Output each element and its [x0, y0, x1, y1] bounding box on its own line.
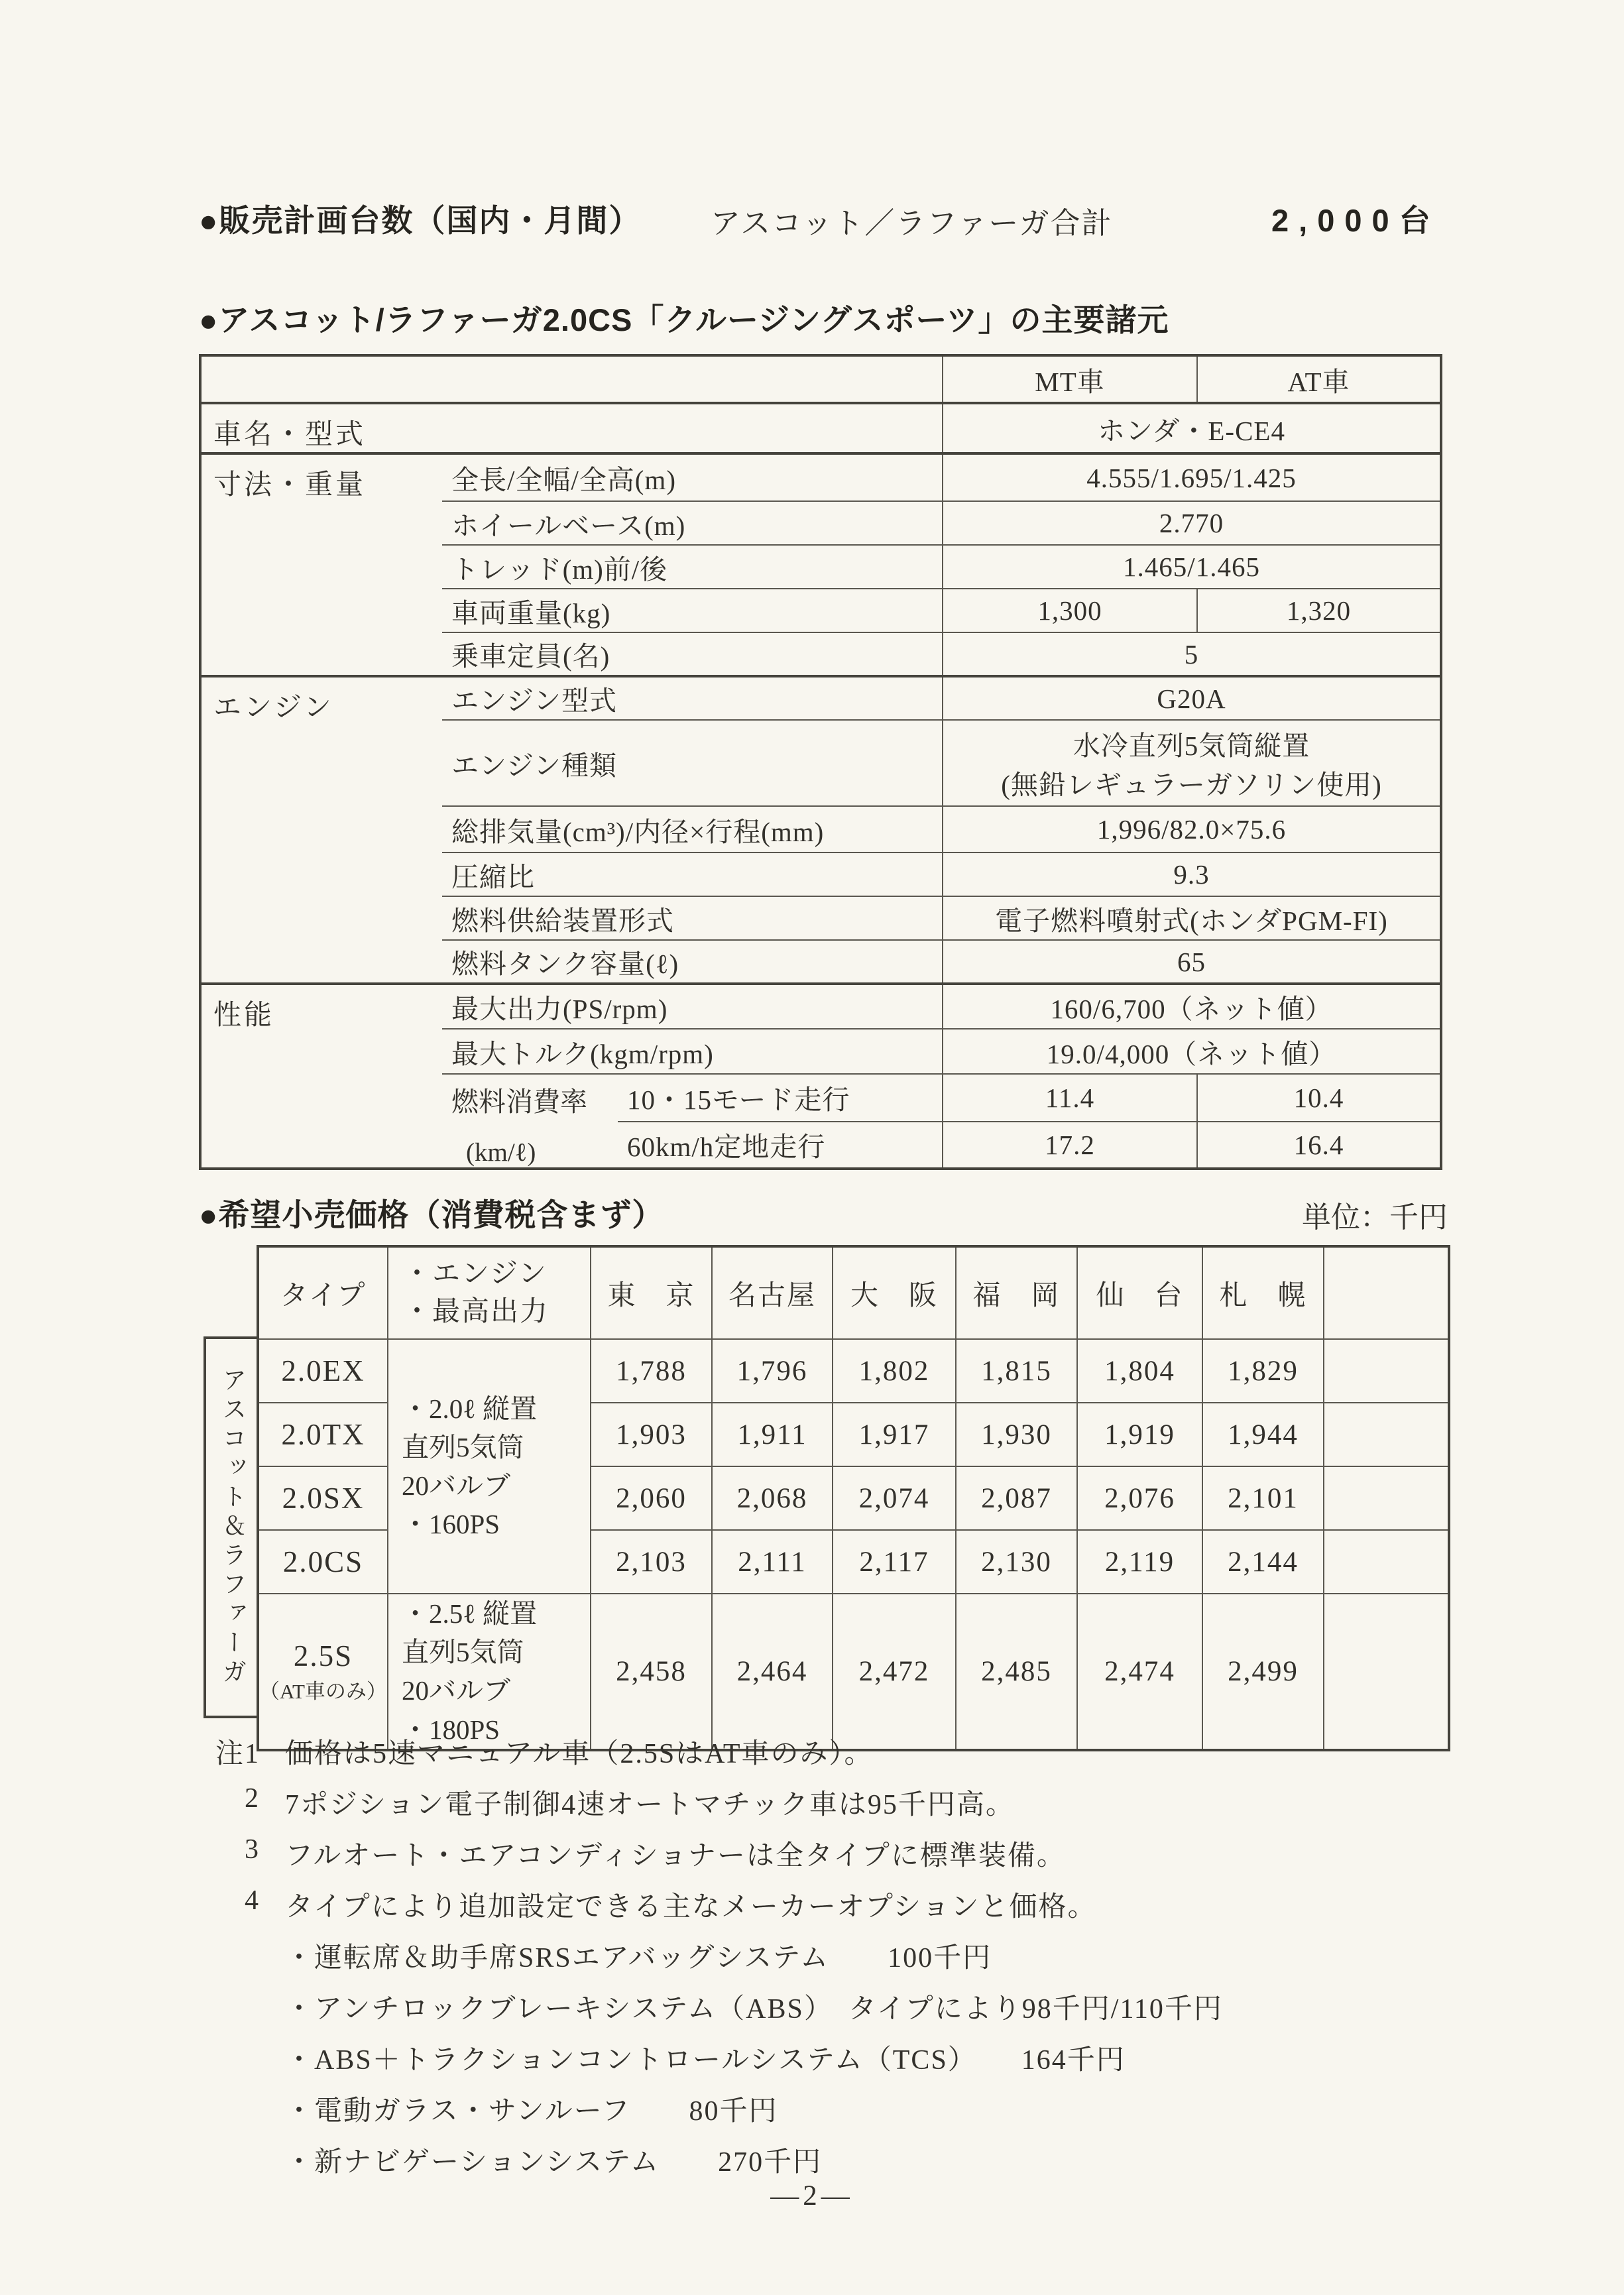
price-20cs-sapporo: 2,144: [1202, 1530, 1324, 1594]
price-row-25s: 2.5S （AT車のみ） ・2.5ℓ 縦置 直列5気筒 20バルブ ・180PS…: [258, 1594, 1449, 1750]
spec-header-empty-cell: [200, 355, 943, 403]
price-20tx-sapporo: 1,944: [1202, 1403, 1324, 1466]
price-20ex-fukuoka: 1,815: [956, 1339, 1077, 1403]
spec-group-engine: エンジン: [200, 676, 442, 984]
spec-label-fuel-const: 60km/h定地走行: [618, 1122, 943, 1169]
price-20sx-nagoya: 2,068: [712, 1466, 833, 1530]
price-20ex-sendai: 1,804: [1077, 1339, 1202, 1403]
spec-label-engine-model: エンジン型式: [442, 676, 943, 720]
spec-value-fuel-const-at: 16.4: [1197, 1122, 1441, 1169]
option-abs-tcs: ・ABS＋トラクションコントロールシステム（TCS） 164千円: [199, 2038, 1458, 2089]
spec-value-engine-model: G20A: [943, 676, 1441, 720]
price-20tx-osaka: 1,917: [833, 1403, 956, 1466]
price-group-box: アスコット＆ラファーガ: [203, 1336, 257, 1718]
spec-label-capacity: 乗車定員(名): [442, 632, 943, 676]
price-type-20sx: 2.0SX: [258, 1466, 388, 1530]
spec-row-name: 車名・型式 ホンダ・E-CE4: [200, 403, 1441, 453]
spec-value-tread: 1.465/1.465: [943, 545, 1441, 589]
spec-value-max-power: 160/6,700（ネット値）: [943, 984, 1441, 1029]
price-type-20tx: 2.0TX: [258, 1403, 388, 1466]
scanned-press-release-page: { "sales_line": { "heading": "●販売計画台数", …: [0, 0, 1624, 2295]
price-20tx-sendai: 1,919: [1077, 1403, 1202, 1466]
spec-label-wheelbase: ホイールベース(m): [442, 501, 943, 545]
spec-row-length: 寸法・重量 全長/全幅/全高(m) 4.555/1.695/1.425: [200, 453, 1441, 501]
spec-value-compression: 9.3: [943, 853, 1441, 896]
price-title-label: ●希望小売価格: [199, 1197, 409, 1232]
spec-value-fuel-tank: 65: [943, 940, 1441, 984]
price-20cs-empty: [1324, 1530, 1449, 1594]
spec-value-weight-at: 1,320: [1197, 589, 1441, 632]
spec-row-max-power: 性能 最大出力(PS/rpm) 160/6,700（ネット値）: [200, 984, 1441, 1029]
price-20sx-osaka: 2,074: [833, 1466, 956, 1530]
spec-label-fuel-economy: 燃料消費率 (km/ℓ): [442, 1074, 618, 1169]
note-3-text: フルオート・エアコンディショナーは全タイプに標準装備。: [285, 1834, 1066, 1873]
price-engine-20: ・2.0ℓ 縦置 直列5気筒 20バルブ ・160PS: [388, 1339, 591, 1594]
spec-value-wheelbase: 2.770: [943, 501, 1441, 545]
spec-label-displacement: 総排気量(cm³)/内径×行程(mm): [442, 806, 943, 853]
spec-section-title: ●アスコット/ラファーガ2.0CS「クルージングスポーツ」の主要諸元: [199, 296, 1169, 340]
note-1-text: 価格は5速マニュアル車（2.5SはAT車のみ）。: [285, 1732, 874, 1771]
price-20cs-nagoya: 2,111: [712, 1530, 833, 1594]
price-20cs-fukuoka: 2,130: [956, 1530, 1077, 1594]
price-25s-fukuoka: 2,485: [956, 1594, 1077, 1750]
spec-label-fuel-mode: 10・15モード走行: [618, 1074, 943, 1122]
price-group-label: アスコット＆ラファーガ: [213, 1367, 249, 1688]
spec-value-max-torque: 19.0/4,000（ネット値）: [943, 1029, 1441, 1074]
fuel-economy-label: 燃料消費率: [442, 1075, 618, 1131]
spec-label-max-power: 最大出力(PS/rpm): [442, 984, 943, 1029]
spec-label-tread: トレッド(m)前/後: [442, 545, 943, 589]
price-section-title: ●希望小売価格（消費税含まず）: [199, 1191, 664, 1235]
price-type-20cs: 2.0CS: [258, 1530, 388, 1594]
spec-value-name: ホンダ・E-CE4: [943, 403, 1441, 453]
price-20sx-sendai: 2,076: [1077, 1466, 1202, 1530]
price-header-city-sendai: 仙 台: [1077, 1246, 1202, 1339]
spec-label-fuel-tank: 燃料タンク容量(ℓ): [442, 940, 943, 984]
spec-value-displacement: 1,996/82.0×75.6: [943, 806, 1441, 853]
spec-group-dimensions: 寸法・重量: [200, 453, 442, 676]
note-2-number: 2: [199, 1783, 260, 1814]
price-20tx-empty: [1324, 1403, 1449, 1466]
spec-value-fuel-const-mt: 17.2: [943, 1122, 1197, 1169]
price-type-25s-note: （AT車のみ）: [259, 1675, 387, 1704]
price-title-paren: （消費税含まず）: [409, 1197, 664, 1232]
price-20tx-fukuoka: 1,930: [956, 1403, 1077, 1466]
notes-block: 注1 価格は5速マニュアル車（2.5SはAT車のみ）。 2 7ポジション電子制御…: [199, 1732, 1458, 2191]
spec-value-capacity: 5: [943, 632, 1441, 676]
option-airbag: ・運転席＆助手席SRSエアバッグシステム 100千円: [199, 1936, 1458, 1987]
spec-header-mt: MT車: [943, 355, 1197, 403]
price-20ex-sapporo: 1,829: [1202, 1339, 1324, 1403]
sales-plan-label: ●販売計画台数: [199, 203, 414, 238]
spec-table: MT車 AT車 車名・型式 ホンダ・E-CE4 寸法・重量 全長/全幅/全高(m…: [199, 354, 1442, 1170]
price-20cs-osaka: 2,117: [833, 1530, 956, 1594]
price-25s-tokyo: 2,458: [591, 1594, 712, 1750]
fuel-economy-unit: (km/ℓ): [442, 1131, 618, 1167]
note-2-text: 7ポジション電子制御4速オートマチック車は95千円高。: [285, 1783, 1015, 1822]
price-25s-empty: [1324, 1594, 1449, 1750]
price-header-type: タイプ: [258, 1246, 388, 1339]
price-25s-nagoya: 2,464: [712, 1594, 833, 1750]
spec-value-fuel-system: 電子燃料噴射式(ホンダPGM-FI): [943, 896, 1441, 940]
note-4: 4 タイプにより追加設定できる主なメーカーオプションと価格。: [199, 1885, 1458, 1936]
price-unit-note: 単位：千円: [1253, 1193, 1448, 1236]
price-20cs-tokyo: 2,103: [591, 1530, 712, 1594]
price-20sx-empty: [1324, 1466, 1449, 1530]
price-row-20ex: 2.0EX ・2.0ℓ 縦置 直列5気筒 20バルブ ・160PS 1,788 …: [258, 1339, 1449, 1403]
note-2: 2 7ポジション電子制御4速オートマチック車は95千円高。: [199, 1783, 1458, 1834]
price-header-empty: [1324, 1246, 1449, 1339]
spec-label-name: 車名・型式: [200, 403, 943, 453]
spec-label-length: 全長/全幅/全高(m): [442, 453, 943, 501]
note-3-number: 3: [199, 1834, 260, 1865]
price-header-city-sapporo: 札 幌: [1202, 1246, 1324, 1339]
page-number: ―2―: [0, 2180, 1624, 2212]
price-20tx-tokyo: 1,903: [591, 1403, 712, 1466]
price-20sx-tokyo: 2,060: [591, 1466, 712, 1530]
price-25s-sendai: 2,474: [1077, 1594, 1202, 1750]
sales-plan-paren: （国内・月間）: [414, 203, 641, 238]
spec-group-performance: 性能: [200, 984, 442, 1169]
price-20ex-tokyo: 1,788: [591, 1339, 712, 1403]
spec-value-length: 4.555/1.695/1.425: [943, 453, 1441, 501]
price-25s-osaka: 2,472: [833, 1594, 956, 1750]
spec-value-fuel-mode-at: 10.4: [1197, 1074, 1441, 1122]
price-header-city-fukuoka: 福 岡: [956, 1246, 1077, 1339]
price-20ex-nagoya: 1,796: [712, 1339, 833, 1403]
note-1: 注1 価格は5速マニュアル車（2.5SはAT車のみ）。: [199, 1732, 1458, 1783]
price-header-city-nagoya: 名古屋: [712, 1246, 833, 1339]
spec-value-fuel-mode-mt: 11.4: [943, 1074, 1197, 1122]
spec-label-weight: 車両重量(kg): [442, 589, 943, 632]
spec-value-engine-type: 水冷直列5気筒縦置 (無鉛レギュラーガソリン使用): [943, 720, 1441, 806]
spec-label-compression: 圧縮比: [442, 853, 943, 896]
note-3: 3 フルオート・エアコンディショナーは全タイプに標準装備。: [199, 1834, 1458, 1885]
spec-header-at: AT車: [1197, 355, 1441, 403]
sales-plan-model-total: アスコット／ラファーガ合計: [711, 199, 1113, 242]
spec-label-max-torque: 最大トルク(kgm/rpm): [442, 1029, 943, 1074]
sales-plan-heading: ●販売計画台数（国内・月間）: [199, 196, 641, 241]
price-20ex-empty: [1324, 1339, 1449, 1403]
option-abs: ・アンチロックブレーキシステム（ABS） タイプにより98千円/110千円: [199, 1987, 1458, 2038]
price-type-20ex: 2.0EX: [258, 1339, 388, 1403]
spec-row-engine-model: エンジン エンジン型式 G20A: [200, 676, 1441, 720]
price-header-city-tokyo: 東 京: [591, 1246, 712, 1339]
price-20ex-osaka: 1,802: [833, 1339, 956, 1403]
price-header-city-osaka: 大 阪: [833, 1246, 956, 1339]
note-4-text: タイプにより追加設定できる主なメーカーオプションと価格。: [285, 1885, 1096, 1924]
spec-label-engine-type: エンジン種類: [442, 720, 943, 806]
option-sunroof: ・電動ガラス・サンルーフ 80千円: [199, 2089, 1458, 2140]
note-4-number: 4: [199, 1885, 260, 1916]
price-header-engine: ・エンジン ・最高出力: [388, 1246, 591, 1339]
price-table: タイプ ・エンジン ・最高出力 東 京 名古屋 大 阪 福 岡 仙 台 札 幌 …: [257, 1245, 1450, 1751]
price-20sx-fukuoka: 2,087: [956, 1466, 1077, 1530]
spec-label-fuel-system: 燃料供給装置形式: [442, 896, 943, 940]
price-20sx-sapporo: 2,101: [1202, 1466, 1324, 1530]
spec-header-row: MT車 AT車: [200, 355, 1441, 403]
sales-plan-units: 2,000台: [1271, 196, 1440, 241]
spec-value-weight-mt: 1,300: [943, 589, 1197, 632]
price-25s-sapporo: 2,499: [1202, 1594, 1324, 1750]
note-1-number: 注1: [199, 1732, 260, 1771]
price-type-25s-label: 2.5S: [294, 1639, 353, 1673]
price-20tx-nagoya: 1,911: [712, 1403, 833, 1466]
price-type-25s: 2.5S （AT車のみ）: [258, 1594, 388, 1750]
price-engine-25: ・2.5ℓ 縦置 直列5気筒 20バルブ ・180PS: [388, 1594, 591, 1750]
price-20cs-sendai: 2,119: [1077, 1530, 1202, 1594]
price-header-row: タイプ ・エンジン ・最高出力 東 京 名古屋 大 阪 福 岡 仙 台 札 幌: [258, 1246, 1449, 1339]
